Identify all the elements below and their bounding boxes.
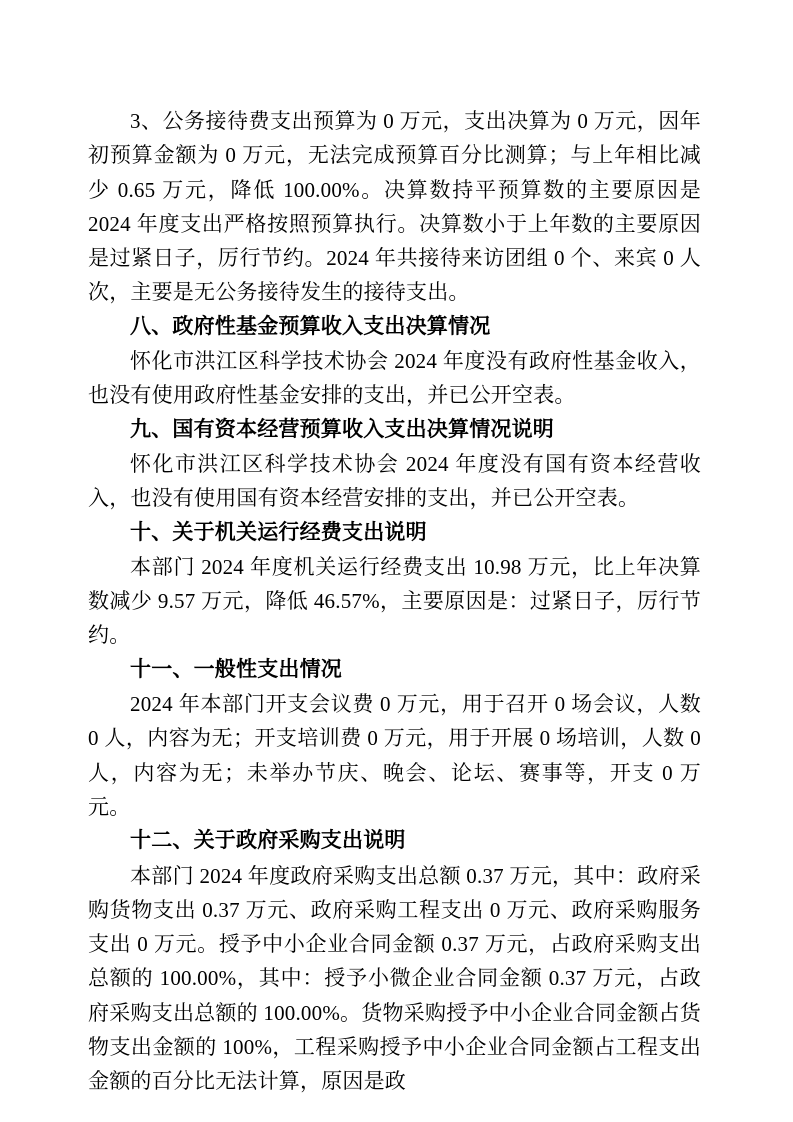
paragraph-agency-operating-expense: 本部门 2024 年度机关运行经费支出 10.98 万元，比上年决算数减少 9.… xyxy=(88,550,701,653)
heading-section-9-state-capital-operation: 九、国有资本经营预算收入支出决算情况说明 xyxy=(88,413,701,447)
heading-section-8-government-fund-budget: 八、政府性基金预算收入支出决算情况 xyxy=(88,310,701,344)
paragraph-general-expenditure: 2024 年本部门开支会议费 0 万元，用于召开 0 场会议，人数 0 人，内容… xyxy=(88,687,701,824)
paragraph-state-capital-operation: 怀化市洪江区科学技术协会 2024 年度没有国有资本经营收入，也没有使用国有资本… xyxy=(88,447,701,516)
document-page: 3、公务接待费支出预算为 0 万元，支出决算为 0 万元，因年初预算金额为 0 … xyxy=(0,0,793,1122)
heading-section-10-agency-operating-expense: 十、关于机关运行经费支出说明 xyxy=(88,516,701,550)
paragraph-government-fund-budget: 怀化市洪江区科学技术协会 2024 年度没有政府性基金收入，也没有使用政府性基金… xyxy=(88,344,701,413)
heading-section-12-government-procurement: 十二、关于政府采购支出说明 xyxy=(88,824,701,858)
heading-section-11-general-expenditure: 十一、一般性支出情况 xyxy=(88,653,701,687)
paragraph-government-procurement: 本部门 2024 年度政府采购支出总额 0.37 万元，其中：政府采购货物支出 … xyxy=(88,859,701,1099)
paragraph-official-reception-expense: 3、公务接待费支出预算为 0 万元，支出决算为 0 万元，因年初预算金额为 0 … xyxy=(88,104,701,310)
